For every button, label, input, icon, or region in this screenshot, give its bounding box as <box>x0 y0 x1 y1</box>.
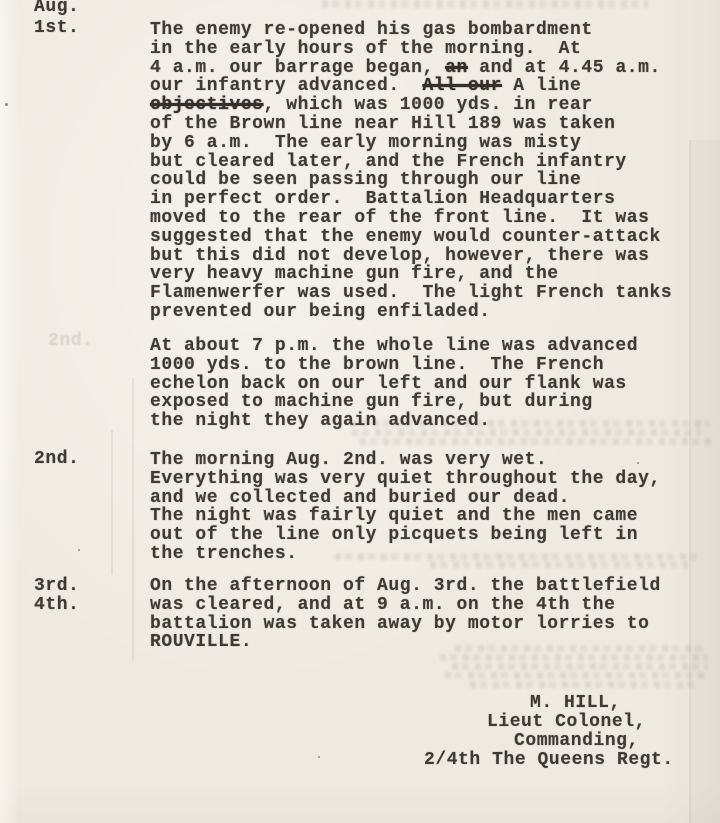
diary-line: by 6 a.m. The early morning was misty <box>150 134 581 153</box>
bleed-through-smudge <box>335 553 700 560</box>
typed-text: but this did not develop, however, there… <box>150 246 649 266</box>
typed-text: prevented our being enfiladed. <box>150 302 491 322</box>
diary-line: moved to the rear of the front line. It … <box>150 209 649 228</box>
entry-date-label: Aug. <box>34 0 79 17</box>
struck-text: All our <box>422 76 501 96</box>
diary-line: of the Brown line near Hill 189 was take… <box>150 115 615 134</box>
diary-line: 4 a.m. our barrage began, an and at 4.45… <box>150 59 661 78</box>
typed-text: very heavy machine gun fire, and the <box>150 264 559 284</box>
entry-date-label: 2nd. <box>34 450 79 469</box>
diary-line: The morning Aug. 2nd. was very wet. <box>150 451 547 470</box>
diary-line: in perfect order. Battalion Headquarters <box>150 190 615 209</box>
typed-text: was cleared, and at 9 a.m. on the 4th th… <box>150 595 615 615</box>
typed-text: of the Brown line near Hill 189 was take… <box>150 114 615 134</box>
diary-line: the night they again advanced. <box>150 412 491 431</box>
bleed-through-smudge <box>430 561 688 568</box>
entry-date-label: 3rd. <box>34 577 79 596</box>
diary-line: Flamenwerfer was used. The light French … <box>150 284 672 303</box>
diary-line: but cleared later, and the French infant… <box>150 153 627 172</box>
struck-text: an <box>445 58 468 78</box>
typed-text: in the early hours of the morning. At <box>150 39 581 59</box>
diary-line: objectives, which was 1000 yds. in rear <box>150 96 593 115</box>
signature-line: 2/4th The Queens Regt. <box>424 751 674 770</box>
typed-text: exposed to machine gun fire, but during <box>150 392 593 412</box>
typed-text: and at 4.45 a.m. <box>468 58 661 78</box>
typed-text: The enemy re-opened his gas bombardment <box>150 20 593 40</box>
typed-text: A line <box>502 76 581 96</box>
diary-line: the trenches. <box>150 545 298 564</box>
typed-text: the night they again advanced. <box>150 411 491 431</box>
typed-text: the trenches. <box>150 544 298 564</box>
typed-text: and we collected and buried our dead. <box>150 488 570 508</box>
bleed-through-smudge <box>360 438 712 445</box>
ghost-margin-label: 2nd. <box>48 332 93 351</box>
diary-line: very heavy machine gun fire, and the <box>150 265 559 284</box>
typed-text: but cleared later, and the French infant… <box>150 152 627 172</box>
typed-text: moved to the rear of the front line. It … <box>150 208 649 228</box>
bleed-through-smudge <box>322 0 648 8</box>
typed-text: ROUVILLE. <box>150 632 252 652</box>
ink-speck <box>637 462 639 464</box>
typed-text: echelon back on our left and our flank w… <box>150 374 627 394</box>
bleed-through-smudge <box>470 681 700 688</box>
signature-line: M. HILL, <box>530 694 621 713</box>
bleed-through-smudge <box>445 672 707 679</box>
typed-text: At about 7 p.m. the whole line was advan… <box>150 336 638 356</box>
typed-text: , which was 1000 yds. in rear <box>264 95 593 115</box>
typed-text: out of the line only picquets being left… <box>150 525 638 545</box>
typed-text: in perfect order. Battalion Headquarters <box>150 189 615 209</box>
diary-line: in the early hours of the morning. At <box>150 40 581 59</box>
paper-crease <box>111 430 113 575</box>
struck-text: objectives <box>150 95 264 115</box>
typed-text: could be seen passing through our line <box>150 170 581 190</box>
typed-text: On the afternoon of Aug. 3rd. the battle… <box>150 576 661 596</box>
typed-text: 1000 yds. to the brown line. The French <box>150 355 604 375</box>
diary-line: battalion was taken away by motor lorrie… <box>150 615 649 634</box>
bleed-through-smudge <box>440 654 708 661</box>
ink-speck <box>318 756 320 758</box>
diary-line: out of the line only picquets being left… <box>150 526 638 545</box>
signature-line: Lieut Colonel, <box>487 713 646 732</box>
typed-text: The morning Aug. 2nd. was very wet. <box>150 450 547 470</box>
diary-line: exposed to machine gun fire, but during <box>150 393 593 412</box>
diary-line: Everything was very quiet throughout the… <box>150 470 661 489</box>
page-edge-shading <box>691 140 720 823</box>
bleed-through-smudge <box>455 645 705 652</box>
ink-speck <box>78 549 80 551</box>
entry-date-label: 4th. <box>34 596 79 615</box>
diary-line: The night was fairly quiet and the men c… <box>150 507 638 526</box>
signature-line: Commanding, <box>514 732 639 751</box>
ink-speck <box>5 103 8 106</box>
diary-line: ROUVILLE. <box>150 633 252 652</box>
typed-text: battalion was taken away by motor lorrie… <box>150 614 649 634</box>
diary-line: On the afternoon of Aug. 3rd. the battle… <box>150 577 661 596</box>
diary-line: could be seen passing through our line <box>150 171 581 190</box>
typed-text: Flamenwerfer was used. The light French … <box>150 283 672 303</box>
diary-line: The enemy re-opened his gas bombardment <box>150 21 593 40</box>
diary-line: but this did not develop, however, there… <box>150 247 649 266</box>
typed-text: Everything was very quiet throughout the… <box>150 469 661 489</box>
paper-page: 2nd. Aug.1st.The enemy re-opened his gas… <box>0 0 720 823</box>
diary-line: 1000 yds. to the brown line. The French <box>150 356 604 375</box>
typed-text: suggested that the enemy would counter-a… <box>150 227 661 247</box>
diary-line: At about 7 p.m. the whole line was advan… <box>150 337 638 356</box>
diary-line: prevented our being enfiladed. <box>150 303 491 322</box>
diary-line: suggested that the enemy would counter-a… <box>150 228 661 247</box>
diary-line: echelon back on our left and our flank w… <box>150 375 627 394</box>
typed-text: The night was fairly quiet and the men c… <box>150 506 638 526</box>
diary-line: was cleared, and at 9 a.m. on the 4th th… <box>150 596 615 615</box>
diary-line: and we collected and buried our dead. <box>150 489 570 508</box>
diary-line: our infantry advanced. All our A line <box>150 77 581 96</box>
typed-text: our infantry advanced. <box>150 76 422 96</box>
typed-text: by 6 a.m. The early morning was misty <box>150 133 581 153</box>
paper-crease <box>132 378 134 660</box>
entry-date-label: 1st. <box>34 19 79 38</box>
typed-text: 4 a.m. our barrage began, <box>150 58 445 78</box>
bleed-through-smudge <box>452 663 707 670</box>
